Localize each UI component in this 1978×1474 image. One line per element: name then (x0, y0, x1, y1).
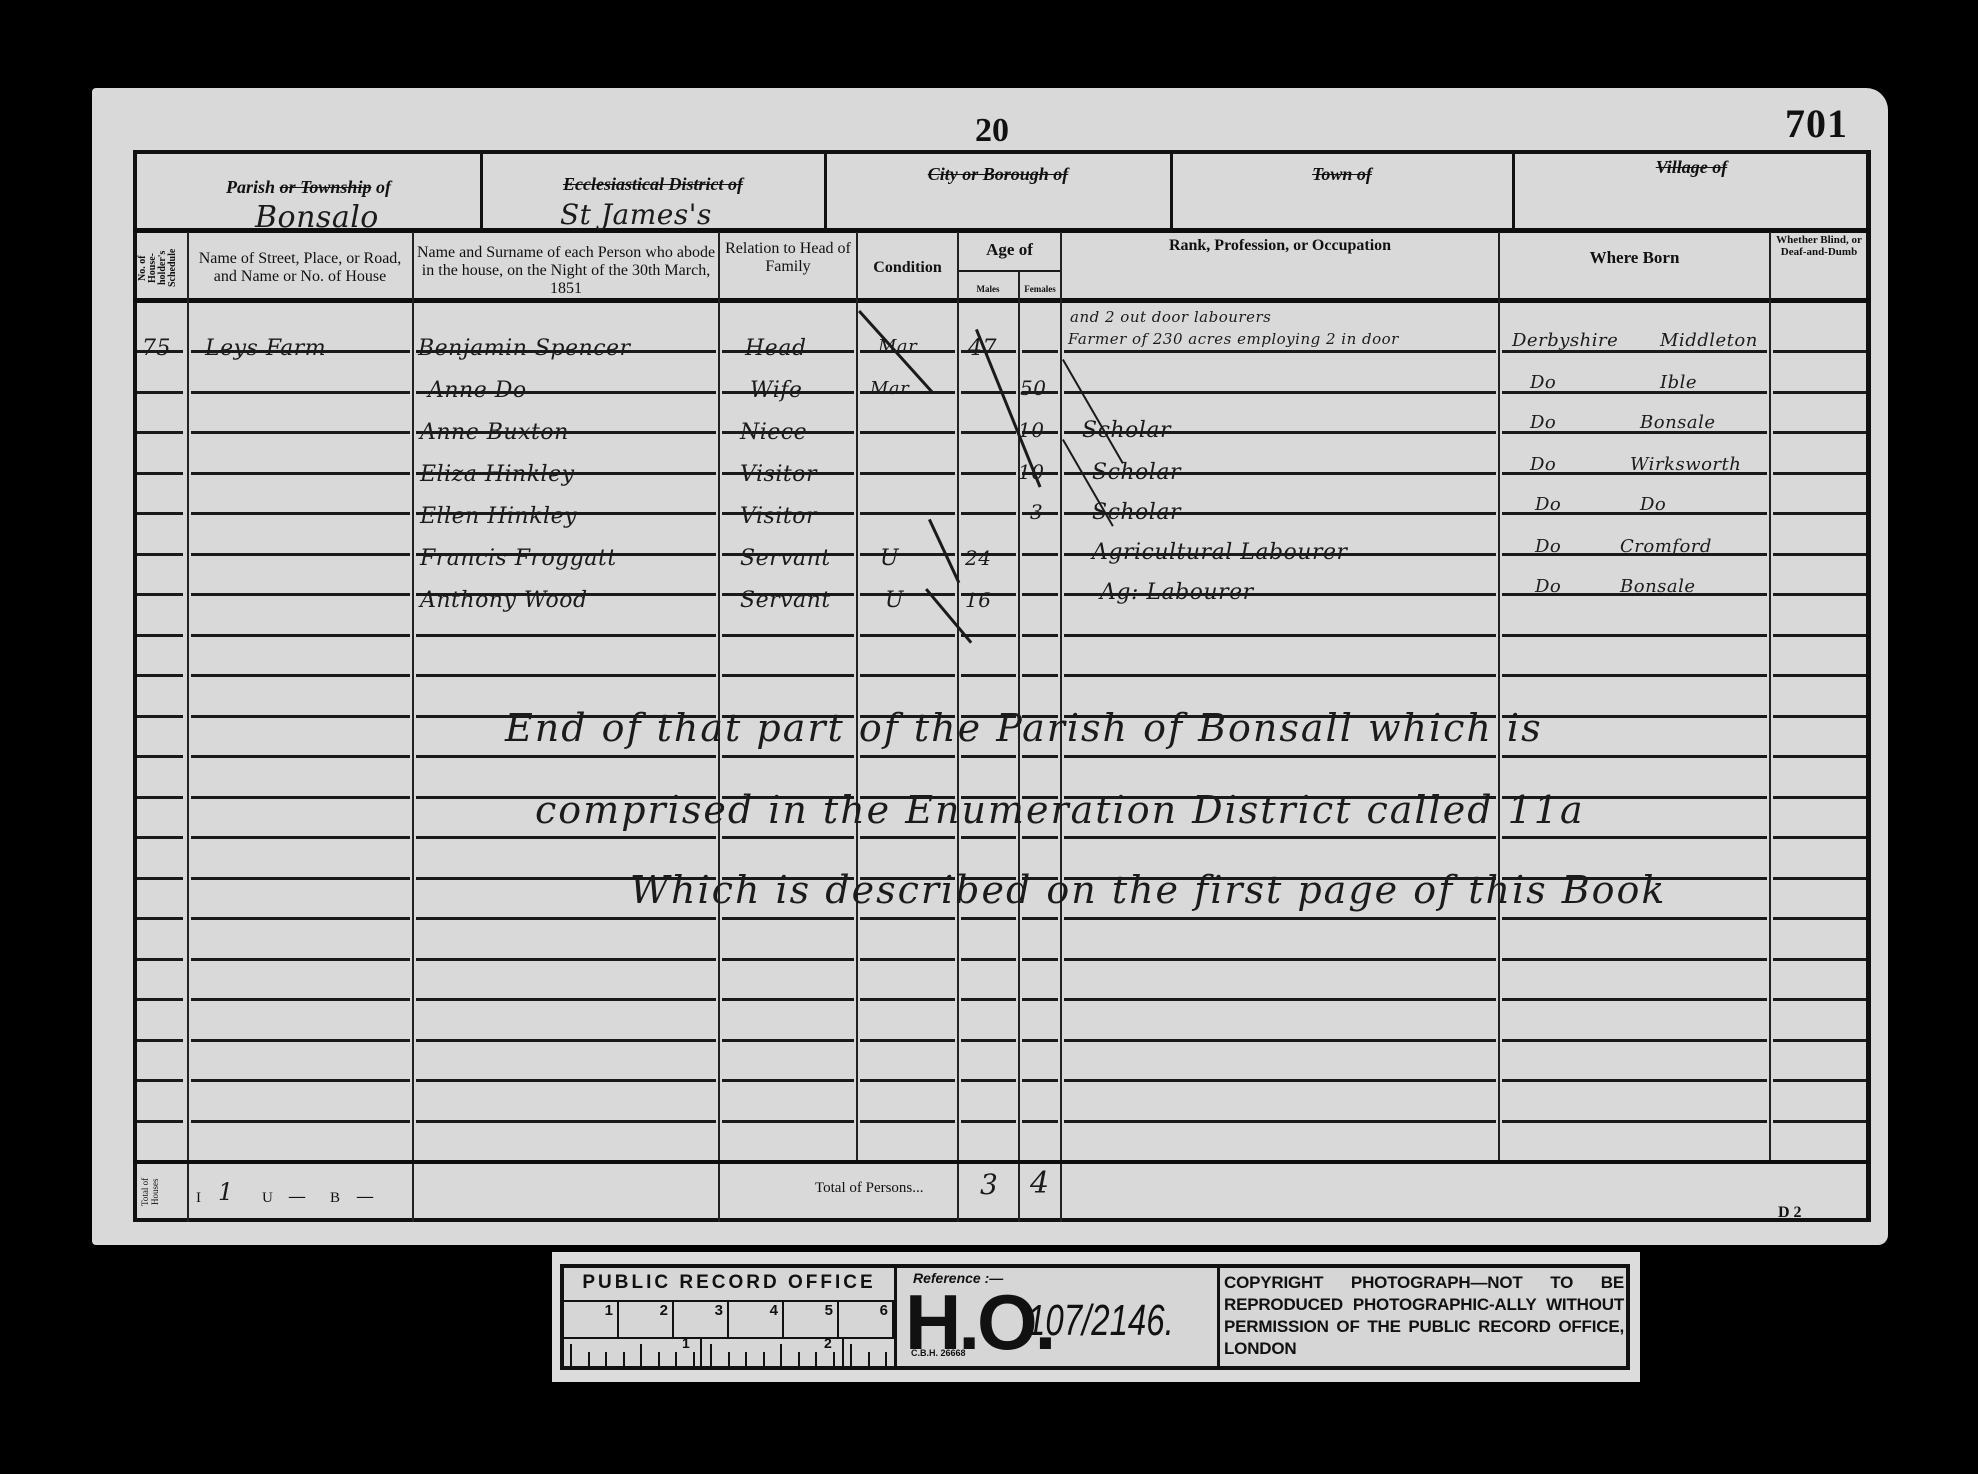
condition: Mar (870, 378, 909, 399)
ruler-tick (570, 1344, 572, 1366)
occupation: Ag: Labourer (1100, 580, 1254, 605)
row-rule (137, 998, 183, 1001)
row-rule (1022, 674, 1058, 677)
row-rule (191, 1079, 410, 1082)
reference-code: C.B.H. 26668 (911, 1348, 966, 1358)
row-rule (137, 877, 183, 880)
col-females-header: Females (1020, 284, 1060, 294)
total-males: 3 (980, 1168, 998, 1201)
row-rule (1064, 917, 1496, 920)
row-rule (722, 917, 854, 920)
ruler-panel: PUBLIC RECORD OFFICE 1 2 3 4 5 6 1 2 (564, 1268, 897, 1366)
born-county: Do (1530, 412, 1556, 433)
male-age: 16 (965, 588, 991, 612)
col-street-header: Name of Street, Place, or Road, and Name… (188, 250, 412, 286)
row-rule (1022, 1039, 1058, 1042)
row-rule (722, 836, 854, 839)
row-rule (1773, 350, 1866, 353)
row-rule (137, 472, 183, 475)
ruler-tick (885, 1352, 887, 1366)
row-rule (416, 1039, 716, 1042)
row-rule (1502, 998, 1767, 1001)
row-rule (1064, 391, 1496, 394)
closing-note-line-1: End of that part of the Parish of Bonsal… (505, 706, 1543, 750)
occupation: Agricultural Labourer (1092, 540, 1348, 565)
row-rule (722, 634, 854, 637)
col-relation-header: Relation to Head of Family (720, 240, 856, 276)
ruler-tick (623, 1352, 625, 1366)
row-rule (961, 674, 1016, 677)
person-name: Anne Do (428, 378, 527, 403)
condition: U (880, 546, 899, 571)
ruler-mark: 2 (824, 1335, 832, 1351)
occupation-continued: and 2 out door labourers (1070, 308, 1271, 326)
ruler-tick (850, 1344, 852, 1366)
row-rule (1022, 1120, 1058, 1123)
row-rule (860, 958, 955, 961)
col-occupation-header: Rank, Profession, or Occupation (1062, 236, 1498, 256)
ruler-tick (763, 1352, 765, 1366)
row-rule (1064, 998, 1496, 1001)
row-rule (191, 593, 410, 596)
born-county: Derbyshire (1512, 330, 1618, 351)
row-rule (1064, 1079, 1496, 1082)
column-header-divider (133, 298, 1871, 303)
row-rule (1773, 674, 1866, 677)
row-rule (1022, 1079, 1058, 1082)
row-rule (191, 1120, 410, 1123)
born-place: Wirksworth (1630, 454, 1741, 475)
row-rule (961, 917, 1016, 920)
row-rule (961, 634, 1016, 637)
row-rule (1773, 1120, 1866, 1123)
row-rule (860, 917, 955, 920)
row-rule (1022, 350, 1058, 353)
col-name-header: Name and Surname of each Person who abod… (414, 244, 718, 298)
row-rule (1064, 350, 1496, 353)
building-label: B (330, 1190, 340, 1207)
relation: Visitor (740, 462, 817, 487)
person-name: Benjamin Spencer (418, 336, 631, 361)
office-title: PUBLIC RECORD OFFICE (564, 1272, 894, 1294)
row-rule (1022, 998, 1058, 1001)
row-rule (1773, 1079, 1866, 1082)
row-rule (961, 512, 1016, 515)
row-rule (1773, 755, 1866, 758)
ruler-mark: 1 (564, 1302, 619, 1337)
row-rule (416, 917, 716, 920)
row-rule (1773, 715, 1866, 718)
row-rule (961, 1039, 1016, 1042)
town-label: Town of (1172, 165, 1512, 184)
col-condition-header: Condition (858, 258, 957, 277)
row-rule (722, 998, 854, 1001)
row-rule (1502, 674, 1767, 677)
ruler-top: 1 2 3 4 5 6 (564, 1300, 894, 1339)
total-houses-label: Total of Houses (140, 1168, 184, 1216)
row-rule (1773, 998, 1866, 1001)
occupation: Scholar (1092, 460, 1181, 485)
person-name: Anthony Wood (420, 588, 588, 613)
born-county: Do (1530, 372, 1556, 393)
person-name: Ellen Hinkley (420, 504, 577, 529)
ruler-mark: 6 (839, 1302, 894, 1337)
ruler-tick (833, 1352, 835, 1366)
row-rule (191, 391, 410, 394)
row-rule (1773, 836, 1866, 839)
row-rule (860, 472, 955, 475)
row-rule (961, 431, 1016, 434)
row-rule (1064, 755, 1496, 758)
row-rule (860, 1120, 955, 1123)
row-rule (1773, 472, 1866, 475)
relation: Visitor (740, 504, 817, 529)
ruler-bottom: 1 2 (564, 1337, 894, 1366)
divider (842, 1337, 844, 1366)
footer-code: D 2 (1778, 1204, 1802, 1222)
row-rule (137, 836, 183, 839)
occupation: Scholar (1082, 418, 1171, 443)
relation: Niece (740, 420, 807, 445)
row-rule (137, 755, 183, 758)
reference-number: 107/2146. (1027, 1296, 1174, 1346)
relation: Servant (740, 588, 831, 613)
col-line (412, 232, 414, 1222)
street-name: Leys Farm (205, 336, 326, 361)
row-rule (1502, 1079, 1767, 1082)
row-rule (137, 593, 183, 596)
row-rule (191, 1039, 410, 1042)
row-rule (137, 796, 183, 799)
row-rule (961, 1079, 1016, 1082)
row-rule (1502, 917, 1767, 920)
row-rule (860, 1079, 955, 1082)
row-rule (137, 553, 183, 556)
row-rule (191, 715, 410, 718)
row-rule (137, 634, 183, 637)
born-place: Do (1640, 494, 1666, 515)
ecclesiastical-district-value: St James's (560, 198, 712, 231)
row-rule (191, 998, 410, 1001)
col-line (187, 232, 189, 1222)
row-rule (1022, 958, 1058, 961)
row-rule (416, 1120, 716, 1123)
born-place: Ible (1660, 372, 1697, 393)
record-office-label: PUBLIC RECORD OFFICE 1 2 3 4 5 6 1 2 Ref… (552, 1252, 1640, 1382)
divider (1170, 152, 1173, 230)
uninhabited-count: — (288, 1186, 306, 1207)
closing-note-line-2: comprised in the Enumeration District ca… (535, 788, 1585, 832)
divider (824, 152, 827, 230)
row-rule (961, 958, 1016, 961)
village-label: Village of (1514, 158, 1869, 177)
born-place: Cromford (1620, 536, 1712, 557)
totals-divider (133, 1160, 1871, 1164)
born-county: Do (1535, 536, 1561, 557)
ruler-tick (745, 1352, 747, 1366)
col-blind-header: Whether Blind, or Deaf-and-Dumb (1771, 234, 1867, 258)
row-rule (1022, 917, 1058, 920)
row-rule (137, 674, 183, 677)
ruler-mark: 4 (729, 1302, 784, 1337)
divider (959, 270, 1060, 272)
row-rule (137, 958, 183, 961)
row-rule (137, 1039, 183, 1042)
female-age: 3 (1030, 500, 1043, 524)
row-rule (191, 836, 410, 839)
ruler-mark: 3 (674, 1302, 729, 1337)
row-rule (961, 1120, 1016, 1123)
ruler-tick (693, 1352, 695, 1366)
inhabited-count: 1 (218, 1178, 234, 1206)
col-where-born-header: Where Born (1500, 248, 1769, 267)
row-rule (1064, 634, 1496, 637)
schedule-number: 75 (142, 336, 171, 361)
row-rule (191, 796, 410, 799)
city-borough-label: City or Borough of (826, 165, 1170, 184)
total-persons-label: Total of Persons... (815, 1180, 924, 1197)
row-rule (1502, 958, 1767, 961)
row-rule (1773, 512, 1866, 515)
row-rule (416, 755, 716, 758)
row-rule (191, 958, 410, 961)
ruler-tick (658, 1352, 660, 1366)
row-rule (722, 958, 854, 961)
row-rule (1773, 796, 1866, 799)
row-rule (1773, 917, 1866, 920)
row-rule (1773, 1039, 1866, 1042)
row-rule (961, 998, 1016, 1001)
row-rule (1773, 553, 1866, 556)
row-rule (1064, 958, 1496, 961)
person-name: Eliza Hinkley (420, 462, 575, 487)
ruler-tick (868, 1352, 870, 1366)
row-rule (191, 755, 410, 758)
condition: U (885, 588, 904, 613)
born-county: Do (1535, 494, 1561, 515)
row-rule (191, 512, 410, 515)
row-rule (191, 472, 410, 475)
total-females: 4 (1030, 1166, 1050, 1201)
row-rule (137, 1120, 183, 1123)
relation: Head (745, 336, 806, 361)
row-rule (860, 593, 955, 596)
col-schedule-header: No. of House-holder's Schedule (138, 240, 186, 296)
row-rule (1773, 958, 1866, 961)
relation: Servant (740, 546, 831, 571)
divider (700, 1337, 702, 1366)
born-place: Bonsale (1620, 576, 1696, 597)
row-rule (1022, 755, 1058, 758)
row-rule (1773, 593, 1866, 596)
row-rule (1022, 634, 1058, 637)
copyright-notice: COPYRIGHT PHOTOGRAPH—NOT TO BE REPRODUCE… (1224, 1272, 1624, 1360)
row-rule (137, 512, 183, 515)
parish-label: Parish or Township of (137, 178, 480, 197)
row-rule (137, 431, 183, 434)
ecclesiastical-district-label: Ecclesiastical District of (482, 175, 824, 194)
ruler-mark: 2 (619, 1302, 674, 1337)
row-rule (137, 1079, 183, 1082)
row-rule (137, 917, 183, 920)
header-divider (133, 228, 1871, 233)
row-rule (1502, 836, 1767, 839)
row-rule (191, 634, 410, 637)
row-rule (860, 553, 955, 556)
ruler-tick (588, 1352, 590, 1366)
building-count: — (356, 1186, 374, 1207)
reference-panel: Reference :— H.O. 107/2146. C.B.H. 26668 (897, 1268, 1220, 1366)
row-rule (722, 1079, 854, 1082)
row-rule (1022, 593, 1058, 596)
row-rule (191, 674, 410, 677)
col-line (856, 232, 858, 1162)
row-rule (1022, 836, 1058, 839)
uninhabited-label: U (262, 1190, 273, 1207)
row-rule (191, 917, 410, 920)
row-rule (860, 512, 955, 515)
ruler-tick (675, 1352, 677, 1366)
row-rule (1502, 755, 1767, 758)
row-rule (1064, 836, 1496, 839)
inhabited-label: I (196, 1190, 201, 1207)
ruler-mark: 5 (784, 1302, 839, 1337)
ruler-tick (728, 1352, 730, 1366)
row-rule (961, 472, 1016, 475)
row-rule (860, 836, 955, 839)
row-rule (1773, 634, 1866, 637)
row-rule (191, 877, 410, 880)
row-rule (416, 674, 716, 677)
ruler-tick (780, 1344, 782, 1366)
person-name: Anne Buxton (420, 420, 569, 445)
born-county: Do (1535, 576, 1561, 597)
row-rule (416, 1079, 716, 1082)
col-line (1769, 232, 1771, 1162)
born-place: Middleton (1660, 330, 1758, 351)
page-number: 20 (975, 112, 1009, 150)
row-rule (416, 958, 716, 961)
row-rule (722, 755, 854, 758)
row-rule (137, 391, 183, 394)
occupation: Farmer of 230 acres employing 2 in door (1068, 330, 1399, 348)
row-rule (416, 998, 716, 1001)
row-rule (860, 674, 955, 677)
col-line (1498, 232, 1500, 1162)
person-name: Francis Froggatt (420, 546, 617, 571)
born-place: Bonsale (1640, 412, 1716, 433)
row-rule (722, 1039, 854, 1042)
ruler-tick (798, 1352, 800, 1366)
folio-number: 701 (1785, 100, 1848, 147)
row-rule (1064, 1039, 1496, 1042)
row-rule (1022, 553, 1058, 556)
row-rule (961, 836, 1016, 839)
row-rule (961, 391, 1016, 394)
row-rule (1773, 877, 1866, 880)
row-rule (1773, 431, 1866, 434)
row-rule (1064, 1120, 1496, 1123)
row-rule (416, 634, 716, 637)
row-rule (1502, 634, 1767, 637)
row-rule (1064, 674, 1496, 677)
parish-value: Bonsalo (255, 200, 379, 235)
row-rule (722, 674, 854, 677)
row-rule (860, 1039, 955, 1042)
row-rule (1773, 391, 1866, 394)
row-rule (1502, 1039, 1767, 1042)
row-rule (860, 634, 955, 637)
closing-note-line-3: Which is described on the first page of … (630, 868, 1666, 912)
relation: Wife (750, 378, 802, 403)
ruler-tick (605, 1352, 607, 1366)
row-rule (961, 755, 1016, 758)
male-age: 24 (965, 546, 991, 570)
col-age-header: Age of (959, 240, 1060, 259)
row-rule (137, 715, 183, 718)
row-rule (1502, 1120, 1767, 1123)
row-rule (860, 431, 955, 434)
census-table-frame (133, 150, 1871, 1222)
row-rule (722, 1120, 854, 1123)
ruler-tick (640, 1344, 642, 1366)
born-county: Do (1530, 454, 1556, 475)
female-age: 50 (1020, 376, 1046, 400)
col-males-header: Males (962, 284, 1014, 294)
row-rule (416, 836, 716, 839)
row-rule (191, 431, 410, 434)
ruler-mark: 1 (682, 1335, 690, 1351)
row-rule (860, 998, 955, 1001)
row-rule (191, 553, 410, 556)
ruler-tick (710, 1344, 712, 1366)
ruler-tick (815, 1352, 817, 1366)
row-rule (860, 755, 955, 758)
